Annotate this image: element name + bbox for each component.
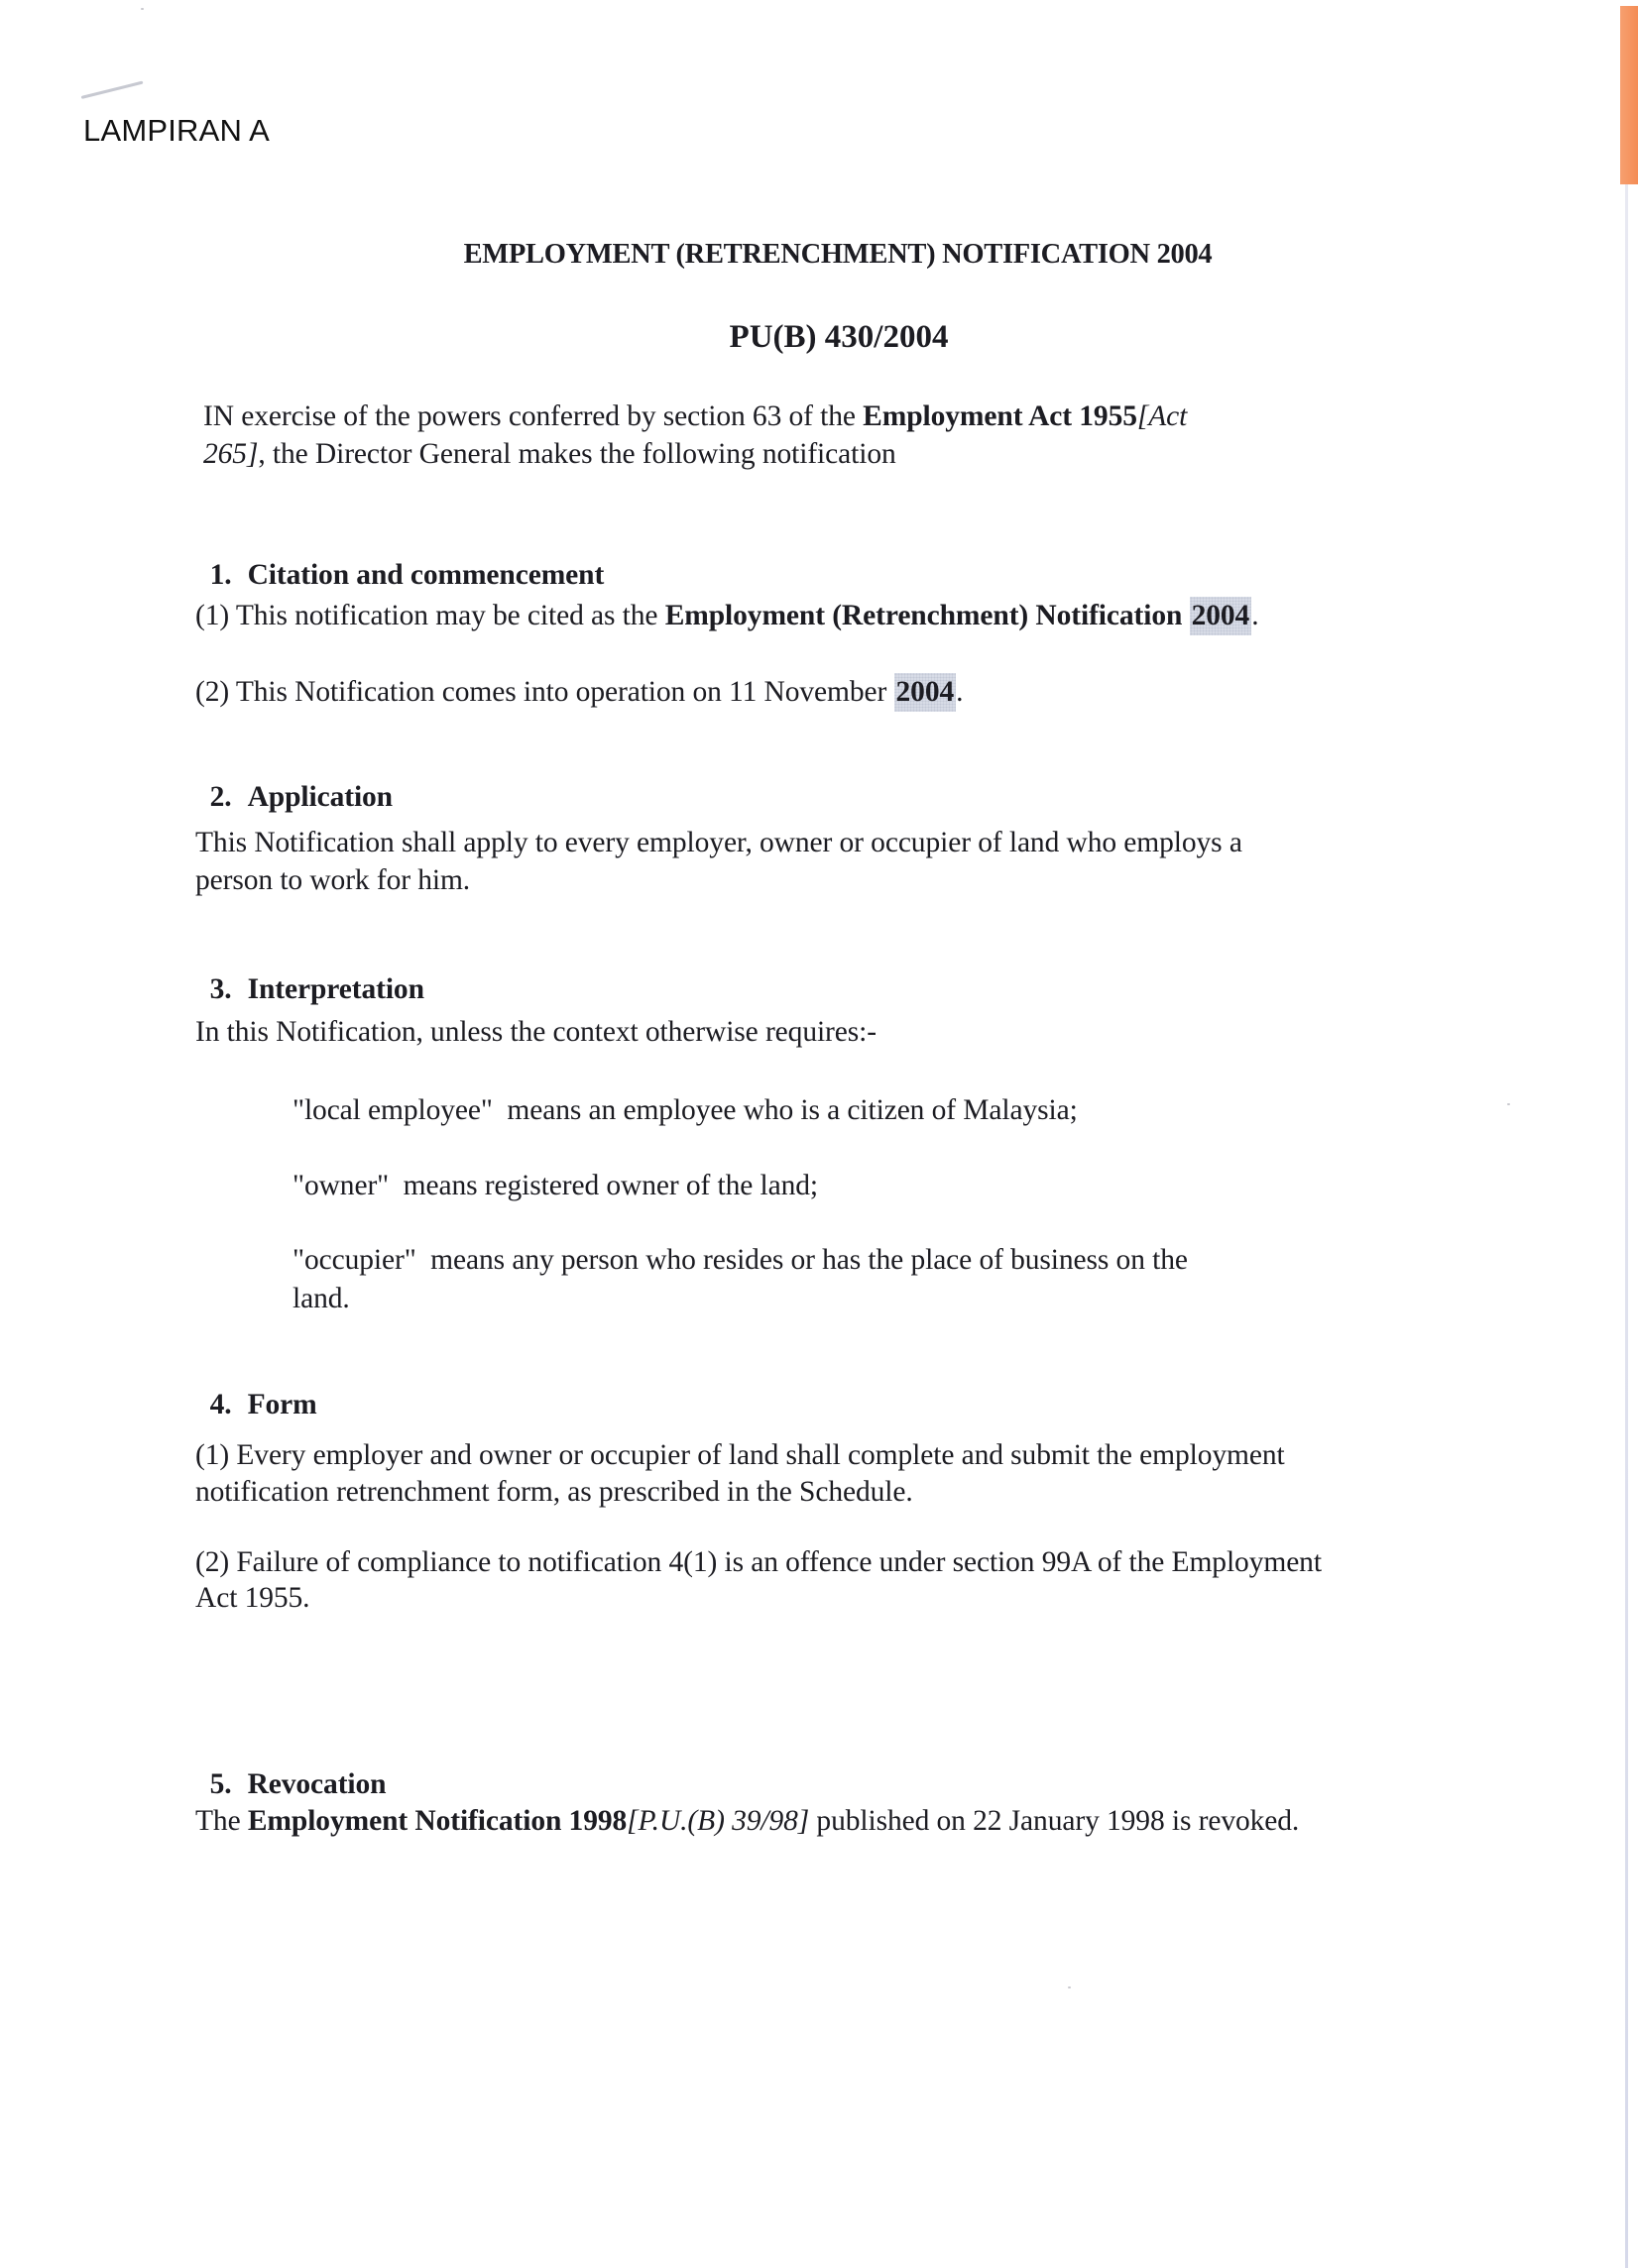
text-run: "owner" means registered owner of the la…	[292, 1170, 818, 1201]
scan-speck	[1068, 1986, 1071, 1988]
text-run: 265]	[203, 438, 258, 470]
page-edge-tab	[1620, 6, 1638, 184]
document-reference: PU(B) 430/2004	[0, 321, 1638, 354]
text-run: "local employee" means an employee who i…	[292, 1094, 1078, 1126]
paragraph-line: (1) This notification may be cited as th…	[195, 602, 1259, 631]
paragraph-line: This Notification shall apply to every e…	[195, 829, 1242, 858]
section-heading-citation: 1.Citation and commencement	[195, 531, 604, 590]
section-number: 4.	[210, 1391, 248, 1420]
text-run: Act 1955.	[195, 1582, 309, 1614]
paragraph-line: (1) Every employer and owner or occupier…	[195, 1441, 1285, 1471]
paragraph-line: Act 1955.	[195, 1584, 309, 1614]
paragraph-line: In this Notification, unless the context…	[195, 1018, 877, 1048]
text-run: person to work for him.	[195, 864, 470, 896]
text-run: [Act	[1137, 400, 1187, 432]
section-heading-revocation: 5.Revocation	[195, 1741, 386, 1799]
preamble-line: 265], the Director General makes the fol…	[203, 440, 896, 470]
text-run: "occupier" means any person who resides …	[292, 1244, 1188, 1276]
scan-speck	[141, 8, 144, 10]
section-title: Form	[248, 1389, 317, 1420]
paragraph-line: notification retrenchment form, as presc…	[195, 1478, 913, 1508]
text-run: In this Notification, unless the context…	[195, 1016, 877, 1048]
text-run: Employment Notification 1998	[248, 1805, 627, 1837]
highlighted-text: 2004	[1190, 597, 1252, 635]
text-run: , the Director General makes the followi…	[258, 438, 895, 470]
text-run: This Notification shall apply to every e…	[195, 827, 1242, 858]
preamble-line: IN exercise of the powers conferred by s…	[203, 402, 1187, 432]
pen-mark	[81, 81, 144, 99]
document-title: EMPLOYMENT (RETRENCHMENT) NOTIFICATION 2…	[0, 241, 1638, 270]
section-title: Revocation	[248, 1768, 387, 1800]
text-run: published on 22 January 1998 is revoked.	[809, 1805, 1299, 1837]
section-number: 3.	[210, 975, 248, 1005]
text-run: (1) Every employer and owner or occupier…	[195, 1439, 1285, 1471]
annex-label: LAMPIRAN A	[83, 115, 270, 146]
section-heading-application: 2.Application	[195, 753, 393, 812]
section-heading-interpretation: 3.Interpretation	[195, 946, 424, 1004]
highlighted-text: 2004	[894, 673, 957, 712]
paragraph-line: The Employment Notification 1998[P.U.(B)…	[195, 1807, 1299, 1837]
section-number: 5.	[210, 1770, 248, 1800]
text-run: land.	[292, 1283, 350, 1314]
definition-local-employee: "local employee" means an employee who i…	[292, 1096, 1078, 1126]
scan-speck	[1507, 1103, 1510, 1105]
paragraph-line: (2) This Notification comes into operati…	[195, 678, 963, 708]
text-run: .	[956, 676, 963, 708]
text-run: (2) Failure of compliance to notificatio…	[195, 1546, 1322, 1578]
paragraph-line: (2) Failure of compliance to notificatio…	[195, 1548, 1322, 1578]
section-number: 2.	[210, 783, 248, 813]
text-run: [P.U.(B) 39/98]	[627, 1805, 809, 1837]
section-number: 1.	[210, 561, 248, 591]
text-run: Employment (Retrenchment) Notification	[665, 600, 1190, 631]
text-run: (2) This Notification comes into operati…	[195, 676, 894, 708]
text-run: Employment Act 1955	[863, 400, 1137, 432]
paragraph-line: person to work for him.	[195, 866, 470, 896]
text-run: notification retrenchment form, as presc…	[195, 1476, 913, 1508]
section-title: Application	[248, 781, 393, 813]
definition-occupier: "occupier" means any person who resides …	[292, 1246, 1188, 1276]
definition-occupier: land.	[292, 1285, 350, 1314]
section-title: Citation and commencement	[248, 559, 605, 591]
section-heading-form: 4.Form	[195, 1361, 317, 1419]
text-run: The	[195, 1805, 248, 1837]
page-edge-shadow	[1625, 184, 1628, 2268]
text-run: (1) This notification may be cited as th…	[195, 600, 665, 631]
definition-owner: "owner" means registered owner of the la…	[292, 1172, 818, 1201]
section-title: Interpretation	[248, 973, 424, 1005]
text-run: IN exercise of the powers conferred by s…	[203, 400, 863, 432]
text-run: .	[1251, 600, 1258, 631]
